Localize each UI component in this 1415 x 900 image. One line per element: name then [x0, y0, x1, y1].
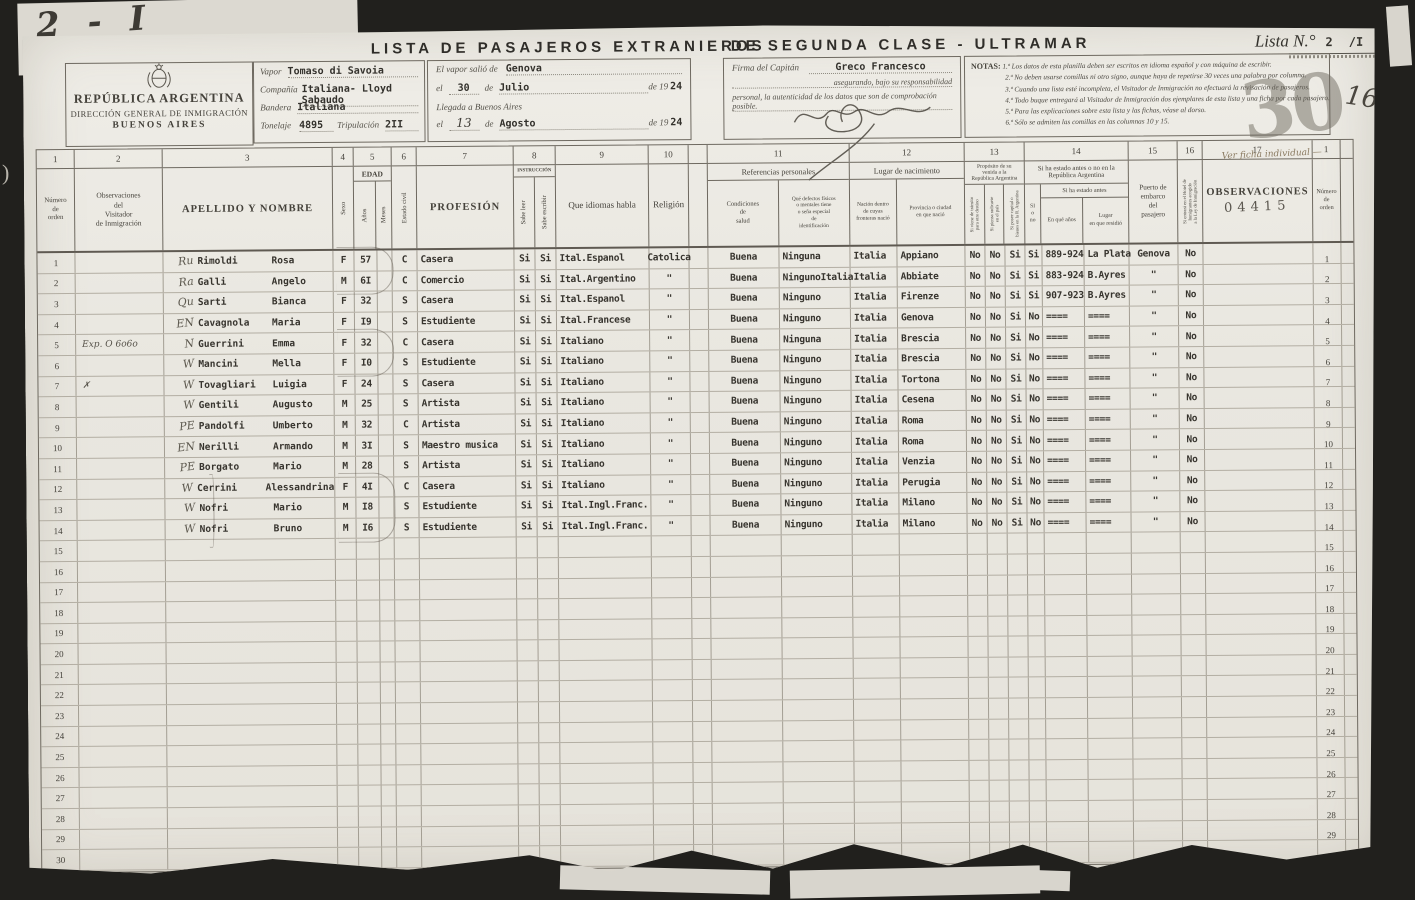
- cell-lee: Si: [516, 455, 537, 475]
- captain-signature: [784, 93, 934, 134]
- cell-value: 30: [56, 855, 65, 865]
- cell-p13b: No: [985, 246, 1005, 266]
- cell-value: Italia: [854, 271, 887, 282]
- cell-value: 4: [54, 320, 59, 330]
- cell-obs17: [1207, 758, 1317, 778]
- cell-antes: [1030, 801, 1047, 821]
- cell-anos: [357, 559, 380, 579]
- cell-init: [167, 713, 201, 717]
- cell-value: Si: [542, 501, 553, 512]
- cell-value: C: [403, 419, 409, 430]
- cell-value: Ninguna: [782, 251, 820, 262]
- cell-religion: [653, 742, 693, 762]
- cell-value: Venzia: [902, 456, 935, 467]
- cell-hotel: No: [1179, 306, 1204, 326]
- cell-blank: [1345, 675, 1357, 695]
- cell-idiomas: [560, 763, 653, 783]
- cell-value: Italiano: [560, 335, 603, 346]
- cell-nacion: Italia: [851, 329, 898, 349]
- cell-lee: Si: [515, 290, 536, 310]
- salida-year: 24: [670, 81, 682, 92]
- cell-esc: [539, 702, 560, 722]
- cell-p13b: [989, 678, 1009, 698]
- cell-value: 9: [55, 423, 60, 433]
- cell-meses: [378, 374, 393, 394]
- cell-religion: [653, 681, 693, 701]
- cell-idiomas: [559, 619, 652, 639]
- cell-value: Si: [1010, 353, 1021, 364]
- cell-salud: [712, 762, 783, 782]
- cell-hotel: No: [1180, 491, 1205, 511]
- cell-value: No: [971, 497, 982, 508]
- lista-number-block: Lista N.° 2 /I: [1255, 31, 1369, 52]
- cell-religion: ": [650, 269, 690, 289]
- cell-value: Italia: [856, 519, 889, 530]
- cell-init: [168, 857, 202, 861]
- cell-meses: [380, 601, 395, 621]
- cell-value: Si: [1011, 497, 1022, 508]
- cell-p13c: [1009, 699, 1029, 719]
- cell-p13b: [989, 760, 1009, 780]
- cell-name: WNofriMario: [165, 498, 335, 519]
- cell-defectos: Ninguno: [780, 309, 851, 329]
- cell-value: Si: [541, 398, 552, 409]
- cell-obsmark: [76, 293, 164, 313]
- cell-value: Si: [540, 295, 551, 306]
- cell-nacion: [853, 597, 900, 617]
- cell-obs17: [1207, 655, 1317, 675]
- cell-puerto: [1132, 636, 1181, 656]
- cell-value: Catolica: [647, 252, 690, 263]
- cell-surname: Pandolfi: [199, 420, 273, 432]
- cell-surname: Cerrini: [197, 482, 266, 494]
- cell-value: Ninguno: [784, 396, 822, 407]
- cell-value: Si: [1010, 312, 1021, 323]
- cell-n: 7: [38, 376, 76, 396]
- cell-p13c: Si: [1007, 431, 1027, 451]
- cell-prof: [420, 600, 517, 620]
- cell-value: S: [403, 440, 409, 451]
- cell-hotel: [1183, 841, 1208, 861]
- cell-defectos: [783, 659, 854, 679]
- cell-value: S: [403, 378, 409, 389]
- cell-defectos: [782, 535, 853, 555]
- header-salud: Condiciones de salud: [727, 201, 760, 226]
- cell-prov: Abbiate: [898, 267, 966, 287]
- cell-p13a: No: [966, 328, 986, 348]
- cell-blank: [692, 598, 711, 618]
- cell-salud: [713, 803, 784, 823]
- header-lugar-residio: Lugar en que residió: [1089, 213, 1122, 228]
- cell-obsmark: [78, 520, 166, 540]
- cell-prof: Casera: [418, 332, 515, 352]
- cell-puerto: [1132, 574, 1181, 594]
- column-number: 2: [75, 149, 163, 168]
- cell-religion: ": [651, 413, 691, 433]
- cell-p13b: No: [986, 266, 1006, 286]
- cell-nacion: [854, 700, 901, 720]
- cell-hotel: No: [1178, 244, 1203, 264]
- cell-estado: [395, 539, 420, 559]
- nota-item: 1.ª Los datos de esta planilla deben ser…: [1002, 61, 1271, 71]
- cell-p13c: Si: [1006, 369, 1026, 389]
- cell-hotel: No: [1179, 285, 1204, 305]
- column-number: 10: [649, 145, 689, 163]
- cell-blank: [691, 454, 710, 474]
- cell-lugar: [1087, 574, 1132, 594]
- cell-blank: [1343, 469, 1355, 489]
- cell-idiomas: [559, 537, 652, 557]
- cell-idiomas: [560, 660, 653, 680]
- cell-value: 25: [55, 752, 64, 762]
- cell-value: ====: [1089, 434, 1111, 445]
- cell-prov: [900, 596, 968, 616]
- cell-lee: Si: [515, 352, 536, 372]
- cell-value: Buena: [731, 334, 758, 345]
- cell-given: Umberto: [273, 420, 334, 431]
- cell-p13b: [988, 596, 1008, 616]
- cell-antes: [1029, 719, 1046, 739]
- cell-name: ENNerilliArmando: [165, 436, 335, 457]
- cell-p13c: [1009, 657, 1029, 677]
- cell-value: No: [970, 332, 981, 343]
- cell-value: Casera: [422, 481, 455, 492]
- cell-defectos: Ninguno: [781, 494, 852, 514]
- left-edge-pen-mark: ): [2, 160, 9, 186]
- cell-prof: [422, 805, 519, 825]
- cell-defectos: [783, 679, 854, 699]
- cell-anios: ====: [1043, 369, 1085, 389]
- cell-idiomas: [560, 743, 653, 763]
- cell-estado: S: [394, 497, 419, 517]
- cell-esc: [539, 764, 560, 784]
- cell-blank: [1346, 819, 1358, 839]
- cell-sexo: F: [334, 354, 355, 374]
- cell-p13a: No: [966, 349, 986, 369]
- cell-anos: [358, 662, 381, 682]
- cell-value: ====: [1089, 455, 1111, 466]
- cell-nacion: Italia: [852, 391, 899, 411]
- cell-value: No: [971, 477, 982, 488]
- cell-nacion: [853, 638, 900, 658]
- cell-nacion: Italia: [851, 308, 898, 328]
- cell-antes: [1029, 760, 1046, 780]
- llegada-month: Agosto: [499, 117, 648, 130]
- cell-anos: I0: [355, 354, 378, 374]
- cell-value: Genova: [1137, 249, 1170, 260]
- cell-anios: [1047, 780, 1089, 800]
- cell-name: [168, 807, 338, 828]
- cell-antes: [1029, 657, 1046, 677]
- cell-anios: 907-923: [1043, 286, 1085, 306]
- cell-value: No: [1030, 456, 1041, 467]
- cell-prov: [900, 575, 968, 595]
- cell-n2: 30: [1318, 840, 1346, 860]
- cell-prof: Casera: [417, 249, 514, 269]
- cell-sexo: [336, 580, 357, 600]
- cell-nacion: Italia: [853, 514, 900, 534]
- cell-value: Si: [520, 336, 531, 347]
- firma-label: Firma del Capitán: [732, 62, 799, 73]
- header-anos: Años: [361, 208, 368, 222]
- voyage-box: El vapor salió de Genova el 30 de Julio …: [427, 58, 692, 142]
- cell-value: No: [1187, 496, 1198, 507]
- cell-value: Casera: [421, 295, 454, 306]
- cell-blank: [1344, 552, 1356, 572]
- cell-surname: [201, 714, 275, 715]
- cell-antes: [1028, 534, 1045, 554]
- cell-name: [167, 663, 337, 684]
- cell-value: S: [403, 461, 409, 472]
- cell-value: Artista: [422, 460, 460, 471]
- cell-value: 24: [55, 731, 64, 741]
- cell-esc: [538, 537, 559, 557]
- cell-defectos: [782, 638, 853, 658]
- cell-prof: Artista: [419, 414, 516, 434]
- cell-value: S: [402, 316, 408, 327]
- cell-religion: [652, 598, 692, 618]
- cell-obsmark: [79, 705, 167, 725]
- cell-salud: Buena: [710, 474, 781, 494]
- cell-n2: 25: [1317, 737, 1345, 757]
- cell-lugar: ====: [1086, 512, 1131, 532]
- cell-salud: Buena: [710, 392, 781, 412]
- cell-nacion: [854, 761, 901, 781]
- cell-n: 12: [39, 479, 77, 499]
- cell-defectos: [783, 762, 854, 782]
- cell-obs17: [1204, 264, 1314, 284]
- cell-puerto: [1133, 718, 1182, 738]
- cell-estado: S: [393, 291, 418, 311]
- cell-value: F: [342, 358, 348, 369]
- cell-prof: Estudiente: [418, 311, 515, 331]
- cell-anos: 4I: [356, 477, 379, 497]
- cell-hotel: [1181, 553, 1206, 573]
- cell-obsmark: [78, 582, 166, 602]
- cell-esc: [538, 620, 559, 640]
- llegada-day: 13: [449, 116, 479, 131]
- cell-nacion: Italia: [851, 349, 898, 369]
- cell-anios: 889-924: [1042, 245, 1084, 265]
- cell-lugar: [1088, 739, 1133, 759]
- cell-value: Ninguno: [784, 416, 822, 427]
- cell-value: ====: [1047, 497, 1069, 508]
- cell-antes: [1030, 822, 1047, 842]
- cell-lee: Si: [515, 311, 536, 331]
- cell-n: 5: [38, 335, 76, 355]
- cell-obs17: [1204, 284, 1314, 304]
- cell-nacion: Italia: [850, 246, 897, 266]
- cell-obsmark: [80, 808, 168, 828]
- cell-obs17: [1205, 408, 1315, 428]
- cell-antes: [1028, 595, 1045, 615]
- tripulacion-value: 2II: [385, 119, 418, 131]
- cell-value: Ninguna: [783, 334, 821, 345]
- cell-surname: [200, 632, 274, 633]
- cell-init: [166, 589, 200, 593]
- cell-sexo: [338, 848, 359, 868]
- cell-nacion: Italia: [852, 452, 899, 472]
- cell-value: 28: [56, 814, 65, 824]
- cell-prof: [420, 641, 517, 661]
- cell-init: W: [165, 480, 198, 496]
- captain-line1: asegurando, bajo su responsabilidad: [732, 77, 952, 89]
- cell-value: 5: [1325, 336, 1330, 346]
- cell-anos: I9: [355, 312, 378, 332]
- cell-value: 13: [53, 505, 62, 515]
- cell-surname: [201, 694, 275, 695]
- cell-value: Si: [521, 501, 532, 512]
- cell-antes: No: [1026, 369, 1043, 389]
- column-number: 11: [708, 144, 850, 163]
- cell-lugar: ====: [1086, 389, 1131, 409]
- cell-value: Si: [541, 418, 552, 429]
- cell-sexo: M: [335, 498, 356, 518]
- cell-blank: [690, 269, 709, 289]
- cell-value: M: [342, 440, 348, 451]
- cell-surname: Cavagnola: [198, 317, 272, 329]
- cell-blank: [693, 701, 712, 721]
- el-label: el: [436, 119, 443, 129]
- cell-hotel: [1183, 779, 1208, 799]
- header-edad-group: EDAD: [354, 166, 391, 181]
- cell-p13a: No: [967, 390, 987, 410]
- cell-anios: [1046, 719, 1088, 739]
- cell-n: 29: [42, 830, 80, 850]
- cell-given: Armando: [273, 441, 334, 452]
- cell-prov: [902, 781, 970, 801]
- cell-surname: Rimoldi: [197, 256, 271, 268]
- cell-anios: [1045, 574, 1087, 594]
- cell-obsmark: [79, 685, 167, 705]
- cell-sexo: [337, 683, 358, 703]
- cell-meses: [378, 312, 393, 332]
- cell-lugar: [1087, 636, 1132, 656]
- cell-lee: [519, 826, 540, 846]
- cell-defectos: Ninguno: [781, 412, 852, 432]
- cell-hotel: [1182, 738, 1207, 758]
- cell-name: PEPandolfiUmberto: [165, 416, 335, 437]
- cell-hotel: No: [1180, 388, 1205, 408]
- cell-estado: S: [393, 353, 418, 373]
- column-number: 13: [965, 142, 1025, 160]
- cell-value: Milano: [903, 518, 936, 529]
- cell-value: Buena: [730, 272, 757, 283]
- cell-init: EN: [163, 315, 198, 332]
- cell-meses: [381, 765, 396, 785]
- cell-n2: 13: [1315, 490, 1343, 510]
- cell-sexo: F: [335, 477, 356, 497]
- cell-estado: C: [394, 415, 419, 435]
- cell-p13b: [990, 843, 1010, 863]
- cell-value: Italiano: [561, 480, 604, 491]
- cell-p13b: [989, 699, 1009, 719]
- column-number: 3: [163, 148, 333, 167]
- agency-department: DIRECCIÓN GENERAL DE INMIGRACIÓN: [66, 108, 252, 119]
- cell-estado: S: [393, 374, 418, 394]
- cell-puerto: ": [1131, 430, 1180, 450]
- cell-esc: [539, 723, 560, 743]
- cell-value: No: [1030, 517, 1041, 528]
- cell-prof: Artista: [419, 455, 516, 475]
- cell-meses: [378, 333, 393, 353]
- cell-value: No: [971, 394, 982, 405]
- cell-anos: I6: [357, 518, 380, 538]
- cell-esc: [540, 826, 561, 846]
- cell-religion: [653, 660, 693, 680]
- cell-estado: [396, 703, 421, 723]
- cell-obs17: [1208, 779, 1318, 799]
- cell-nacion: [854, 658, 901, 678]
- cell-n2: 26: [1317, 758, 1345, 778]
- cell-value: 1: [1325, 254, 1330, 264]
- cell-n2: 8: [1315, 387, 1343, 407]
- cell-prov: [901, 740, 969, 760]
- cell-init: [166, 569, 200, 573]
- cell-value: Si: [1010, 291, 1021, 302]
- cell-value: 10: [1324, 439, 1333, 449]
- cell-meses: [380, 539, 395, 559]
- column-number: 12: [850, 143, 965, 162]
- cell-sexo: [336, 539, 357, 559]
- cell-surname: [200, 549, 274, 550]
- column-number: 7: [417, 146, 514, 165]
- cell-nacion: Italia: [852, 432, 899, 452]
- cell-religion: [652, 578, 692, 598]
- cell-blank: [690, 351, 709, 371]
- cell-p13a: [969, 740, 989, 760]
- cell-surname: [201, 735, 275, 736]
- cell-sexo: [337, 724, 358, 744]
- cell-obsmark: [77, 417, 165, 437]
- cell-p13a: [969, 699, 989, 719]
- cell-defectos: Ninguno: [781, 473, 852, 493]
- header-order: Número de orden: [44, 197, 66, 223]
- cell-value: Si: [1012, 518, 1023, 529]
- cell-given: Luigia: [272, 379, 333, 390]
- cell-value: ": [1152, 455, 1158, 466]
- cell-p13b: No: [987, 390, 1007, 410]
- cell-meses: [380, 642, 395, 662]
- cell-p13a: [970, 822, 990, 842]
- cell-p13a: No: [967, 472, 987, 492]
- cell-obs17: [1204, 305, 1314, 325]
- header-nacion: Nación dentro de cuyas fronteras nació: [856, 202, 890, 223]
- cell-lee: [518, 682, 539, 702]
- cell-value: Italia: [853, 251, 886, 262]
- cell-init: [167, 692, 201, 696]
- cell-value: No: [990, 312, 1001, 323]
- cell-p13b: [988, 637, 1008, 657]
- cell-hotel: No: [1179, 347, 1204, 367]
- cell-p13a: No: [966, 308, 986, 328]
- cell-prof: [421, 703, 518, 723]
- cell-value: No: [1187, 516, 1198, 527]
- compania-label: Compañía: [260, 84, 298, 94]
- cell-puerto: ": [1130, 368, 1179, 388]
- cell-name: [167, 745, 337, 766]
- cell-salud: Buena: [709, 371, 780, 391]
- cell-idiomas: Italiano: [557, 331, 650, 351]
- cell-anios: ====: [1044, 513, 1086, 533]
- cell-blank: [1342, 284, 1354, 304]
- cell-nacion: [853, 576, 900, 596]
- cell-value: Si: [519, 295, 530, 306]
- cell-value: ": [668, 438, 674, 449]
- cell-n2: 21: [1317, 655, 1345, 675]
- cell-esc: Si: [536, 332, 557, 352]
- header-provincia: Provincia o ciudad en que nació: [909, 205, 951, 219]
